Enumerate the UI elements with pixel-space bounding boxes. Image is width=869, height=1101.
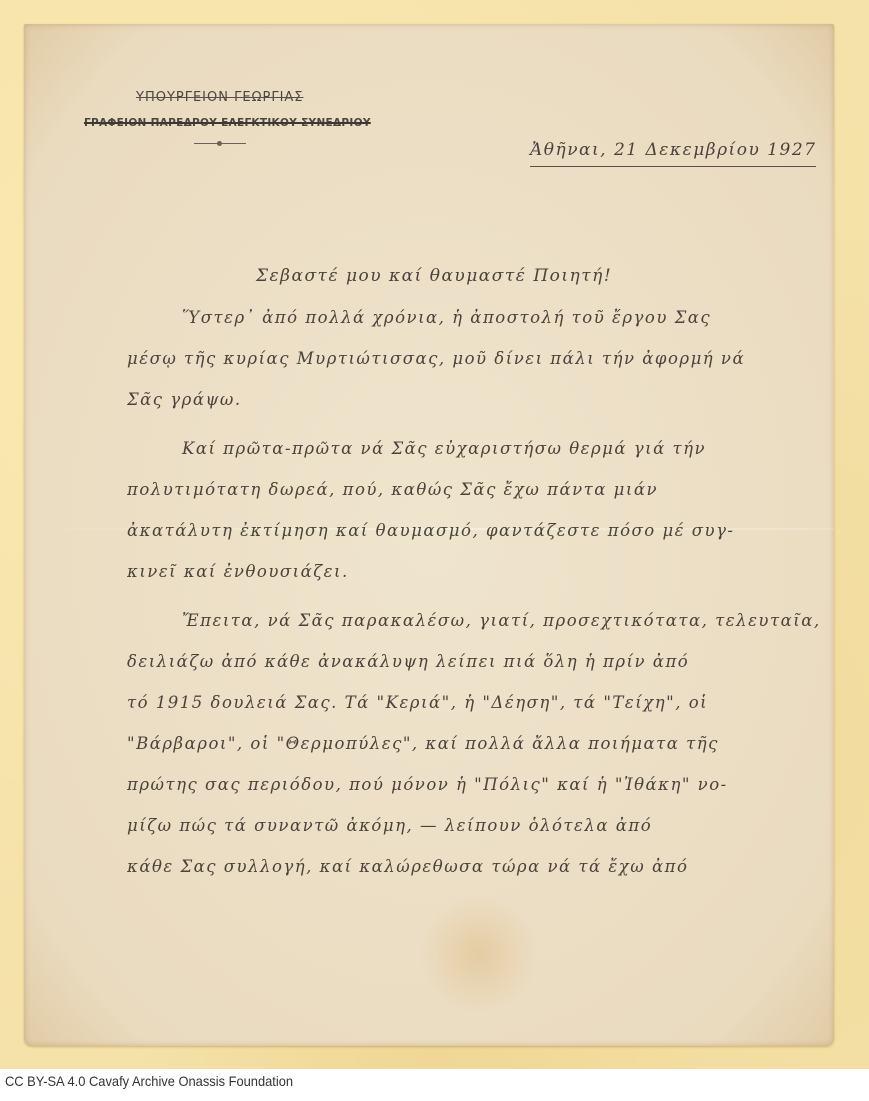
body-line: δειλιάζω ἀπό κάθε ἀνακάλυψη λείπει πιά ὅ…	[127, 641, 827, 682]
license-credit: CC BY-SA 4.0 Cavafy Archive Onassis Foun…	[5, 1073, 293, 1089]
letterhead: ΥΠΟΥΡΓΕΙΟΝ ΓΕΩΡΓΙΑΣ ΓΡΑΦΕΙΟΝ ΠΑΡΕΔΡΟΥ ΕΛ…	[84, 90, 444, 144]
body-line: Ἔπειτα, νά Σᾶς παρακαλέσω, γιατί, προσεχ…	[127, 600, 827, 641]
dateline: Ἀθῆναι, 21 Δεκεμβρίου 1927	[530, 140, 816, 167]
salutation: Σεβαστέ μου καί θαυμαστέ Ποιητή!	[256, 266, 612, 286]
body-line: "Βάρβαροι", οἱ "Θερμοπύλες", καί πολλά ἄ…	[127, 723, 827, 764]
body-line: τό 1915 δουλειά Σας. Τά "Κεριά", ἡ "Δέησ…	[127, 682, 827, 723]
body-line: μέσῳ τῆς κυρίας Μυρτιώτισσας, μοῦ δίνει …	[127, 338, 827, 379]
body-line: πρώτης σας περιόδου, πού μόνον ἡ "Πόλις"…	[127, 764, 827, 805]
letter-page: ΥΠΟΥΡΓΕΙΟΝ ΓΕΩΡΓΙΑΣ ΓΡΑΦΕΙΟΝ ΠΑΡΕΔΡΟΥ ΕΛ…	[24, 24, 834, 1046]
body-line: Σᾶς γράψω.	[127, 379, 827, 420]
scanned-image: ΥΠΟΥΡΓΕΙΟΝ ΓΕΩΡΓΙΑΣ ΓΡΑΦΕΙΟΝ ΠΑΡΕΔΡΟΥ ΕΛ…	[0, 0, 869, 1069]
letterhead-office: ΓΡΑΦΕΙΟΝ ΠΑΡΕΔΡΟΥ ΕΛΕΓΚΤΙΚΟΥ ΣΥΝΕΔΡΙΟΥ	[84, 117, 444, 129]
body-line: μίζω πώς τά συναντῶ ἀκόμη, — λείπουν ὁλό…	[127, 805, 827, 846]
body-line: κάθε Σας συλλογή, καί καλώρεθωσα τώρα νά…	[127, 846, 827, 887]
body-line: Καί πρῶτα-πρῶτα νά Σᾶς εὐχαριστήσω θερμά…	[127, 428, 827, 469]
body-line: κινεῖ καί ἐνθουσιάζει.	[127, 551, 827, 592]
water-stain	[419, 894, 539, 1014]
body-line: πολυτιμότατη δωρεά, πού, καθώς Σᾶς ἔχω π…	[127, 469, 827, 510]
letterhead-ministry: ΥΠΟΥΡΓΕΙΟΝ ΓΕΩΡΓΙΑΣ	[136, 90, 444, 105]
letter-body: Ὕστερ᾽ ἀπό πολλά χρόνια, ἡ ἀποστολή τοῦ …	[127, 297, 827, 887]
ornament-divider-icon	[194, 143, 246, 144]
body-line: ἀκατάλυτη ἐκτίμηση καί θαυμασμό, φαντάζε…	[127, 510, 827, 551]
body-line: Ὕστερ᾽ ἀπό πολλά χρόνια, ἡ ἀποστολή τοῦ …	[127, 297, 827, 338]
